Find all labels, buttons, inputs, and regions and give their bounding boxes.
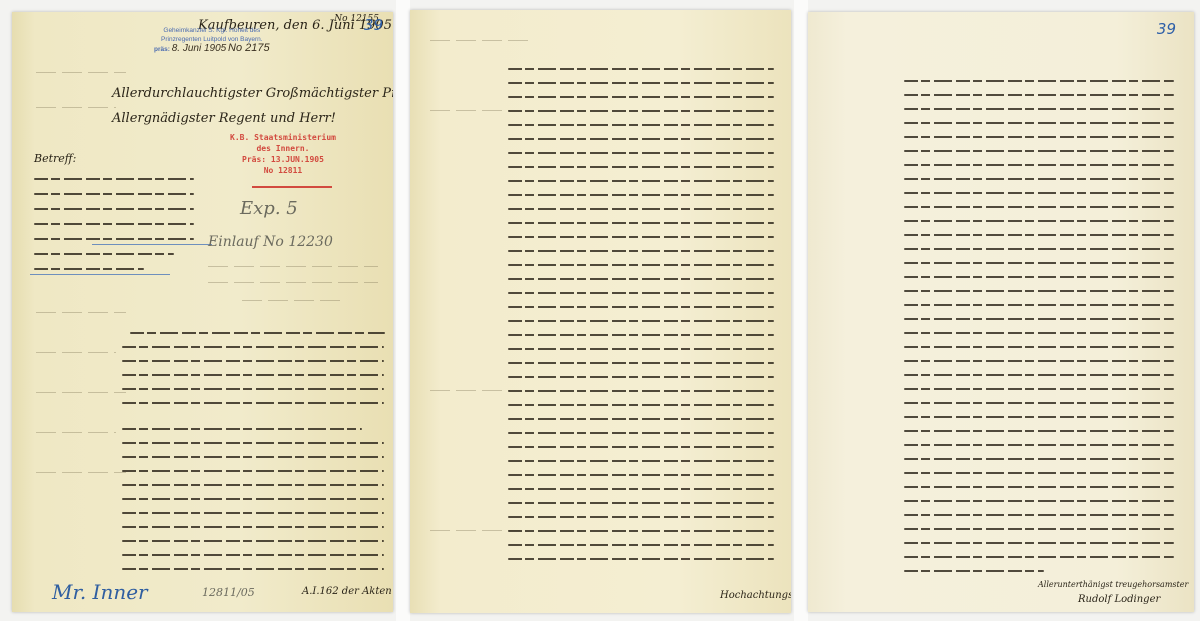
file-reference: 12811/05 xyxy=(202,586,255,599)
red-underline xyxy=(252,186,332,188)
handwritten-text-line xyxy=(122,402,384,404)
handwritten-text-line xyxy=(904,94,1174,96)
closing-word: Hochachtungsvoll xyxy=(720,590,791,601)
handwritten-text-line xyxy=(122,346,384,348)
handwritten-text-line xyxy=(904,332,1174,334)
handwritten-text-line xyxy=(508,418,774,420)
handwritten-text-line xyxy=(904,374,1174,376)
handwritten-text-line xyxy=(122,456,384,458)
salutation-line-1: Allerdurchlauchtigster Großmächtigster P… xyxy=(112,86,393,101)
stamp-line: Geheimkanzlei S. Kgl. Hoheit des xyxy=(154,26,270,35)
handwritten-text-line xyxy=(904,220,1174,222)
handwritten-text-line xyxy=(904,80,1174,82)
handwritten-text-line xyxy=(508,96,774,98)
handwritten-text-line xyxy=(508,502,774,504)
handwritten-text-line xyxy=(904,542,1174,544)
handwritten-text-line xyxy=(122,484,384,486)
stamp-line: No 12811 xyxy=(230,165,336,176)
handwritten-text-line xyxy=(508,194,774,196)
handwritten-text-line xyxy=(508,250,774,252)
handwritten-text-line xyxy=(508,320,774,322)
handwritten-text-line xyxy=(122,428,362,430)
handwritten-text-line xyxy=(508,236,774,238)
handwritten-text-line xyxy=(904,402,1174,404)
handwritten-text-line xyxy=(508,110,774,112)
handwritten-text-line xyxy=(34,208,194,210)
handwritten-text-line xyxy=(508,432,774,434)
handwritten-text-line xyxy=(508,264,774,266)
handwritten-text-line xyxy=(430,40,530,41)
handwritten-text-line xyxy=(508,306,774,308)
blue-signature: Mr. Inner xyxy=(52,580,148,604)
handwritten-text-line xyxy=(508,124,774,126)
stamp-line: des Innern. xyxy=(230,143,336,154)
handwritten-text-line xyxy=(430,110,510,111)
handwritten-text-line xyxy=(122,498,384,500)
handwritten-text-line xyxy=(904,430,1174,432)
blue-underline xyxy=(30,274,170,275)
handwritten-text-line xyxy=(508,376,774,378)
handwritten-text-line xyxy=(508,516,774,518)
handwritten-text-line xyxy=(508,334,774,336)
handwritten-text-line xyxy=(508,362,774,364)
handwritten-text-line xyxy=(904,192,1174,194)
handwritten-text-line xyxy=(508,138,774,140)
handwritten-text-line xyxy=(36,472,126,473)
handwritten-text-line xyxy=(208,282,378,283)
manuscript-page-3: 39 Allerunterthänigst treugehorsamster R… xyxy=(808,12,1194,612)
manuscript-page-2: Hochachtungsvoll xyxy=(410,10,791,613)
handwritten-text-line xyxy=(34,253,174,255)
pencil-note: Exp. 5 xyxy=(240,198,298,219)
stamp-label: präs: xyxy=(154,46,170,53)
handwritten-text-line xyxy=(34,238,194,240)
handwritten-text-line xyxy=(904,570,1044,572)
handwritten-text-line xyxy=(904,472,1174,474)
handwritten-text-line xyxy=(122,554,384,556)
handwritten-text-line xyxy=(904,444,1174,446)
handwritten-text-line xyxy=(904,318,1174,320)
handwritten-text-line xyxy=(904,136,1174,138)
red-ministry-stamp: K.B. Staatsministerium des Innern. Präs:… xyxy=(230,132,336,176)
handwritten-text-line xyxy=(36,352,116,353)
page-number: 39 xyxy=(1157,20,1176,38)
handwritten-text-line xyxy=(904,500,1174,502)
handwritten-text-line xyxy=(904,276,1174,278)
handwritten-text-line xyxy=(208,266,378,267)
handwritten-text-line xyxy=(904,178,1174,180)
blue-underline xyxy=(92,244,212,245)
handwritten-text-line xyxy=(508,460,774,462)
handwritten-text-line xyxy=(122,526,384,528)
handwritten-text-line xyxy=(122,360,384,362)
handwritten-text-line xyxy=(508,558,774,560)
handwritten-text-line xyxy=(122,512,384,514)
handwritten-text-line xyxy=(130,332,385,334)
subject-label: Betreff: xyxy=(34,152,76,165)
handwritten-text-line xyxy=(904,122,1174,124)
handwritten-text-line xyxy=(508,278,774,280)
handwritten-text-line xyxy=(904,248,1174,250)
handwritten-text-line xyxy=(904,234,1174,236)
file-reference-right: A.I.162 der Akten xyxy=(302,586,392,597)
handwritten-text-line xyxy=(904,290,1174,292)
signature: Rudolf Lodinger xyxy=(1078,594,1160,605)
handwritten-text-line xyxy=(36,312,126,313)
handwritten-text-line xyxy=(508,488,774,490)
handwritten-text-line xyxy=(508,166,774,168)
handwritten-text-line xyxy=(904,528,1174,530)
manuscript-page-1: No 12155 Kaufbeuren, den 6. Juni 1905 39… xyxy=(12,12,393,612)
handwritten-text-line xyxy=(508,180,774,182)
closing-formula: Allerunterthänigst treugehorsamster xyxy=(1038,580,1188,589)
handwritten-text-line xyxy=(508,544,774,546)
handwritten-text-line xyxy=(904,108,1174,110)
handwritten-text-line xyxy=(508,390,774,392)
handwritten-text-line xyxy=(36,72,126,73)
handwritten-text-line xyxy=(508,404,774,406)
handwritten-text-line xyxy=(36,432,116,433)
handwritten-text-line xyxy=(36,392,126,393)
handwritten-text-line xyxy=(904,360,1174,362)
handwritten-text-line xyxy=(904,262,1174,264)
handwritten-text-line xyxy=(508,82,774,84)
handwritten-text-line xyxy=(904,556,1174,558)
page-gap xyxy=(396,0,410,621)
handwritten-text-line xyxy=(904,486,1174,488)
handwritten-text-line xyxy=(242,300,342,301)
handwritten-text-line xyxy=(904,388,1174,390)
salutation-line-2: Allergnädigster Regent und Herr! xyxy=(112,111,336,126)
handwritten-text-line xyxy=(508,474,774,476)
pencil-note: Einlauf No 12230 xyxy=(208,234,333,250)
handwritten-text-line xyxy=(122,568,384,570)
blue-receipt-stamp: Geheimkanzlei S. Kgl. Hoheit des Prinzre… xyxy=(154,26,270,54)
handwritten-text-line xyxy=(36,107,116,108)
handwritten-text-line xyxy=(508,446,774,448)
handwritten-text-line xyxy=(904,458,1174,460)
handwritten-text-line xyxy=(904,164,1174,166)
handwritten-text-line xyxy=(122,540,384,542)
page-gap xyxy=(794,0,808,621)
handwritten-text-line xyxy=(122,374,384,376)
stamp-line: Präs: 13.JUN.1905 xyxy=(230,154,336,165)
handwritten-text-line xyxy=(904,514,1174,516)
handwritten-text-line xyxy=(34,268,144,270)
handwritten-text-line xyxy=(508,68,774,70)
handwritten-text-line xyxy=(904,346,1174,348)
handwritten-text-line xyxy=(904,304,1174,306)
handwritten-text-line xyxy=(430,530,520,531)
handwritten-text-line xyxy=(430,390,510,391)
handwritten-text-line xyxy=(508,208,774,210)
handwritten-text-line xyxy=(122,470,384,472)
handwritten-text-line xyxy=(904,150,1174,152)
handwritten-text-line xyxy=(508,292,774,294)
handwritten-text-line xyxy=(508,152,774,154)
stamp-date: 8. Juni 1905 xyxy=(172,43,227,54)
handwritten-text-line xyxy=(34,178,194,180)
handwritten-text-line xyxy=(508,348,774,350)
handwritten-text-line xyxy=(122,442,384,444)
handwritten-text-line xyxy=(34,193,194,195)
handwritten-text-line xyxy=(508,222,774,224)
handwritten-text-line xyxy=(122,388,384,390)
handwritten-text-line xyxy=(904,416,1174,418)
stamp-line: K.B. Staatsministerium xyxy=(230,132,336,143)
page-number: 39 xyxy=(364,16,383,34)
stamp-ref: No 2175 xyxy=(228,42,270,54)
handwritten-text-line xyxy=(34,223,194,225)
handwritten-text-line xyxy=(508,530,774,532)
handwritten-text-line xyxy=(904,206,1174,208)
